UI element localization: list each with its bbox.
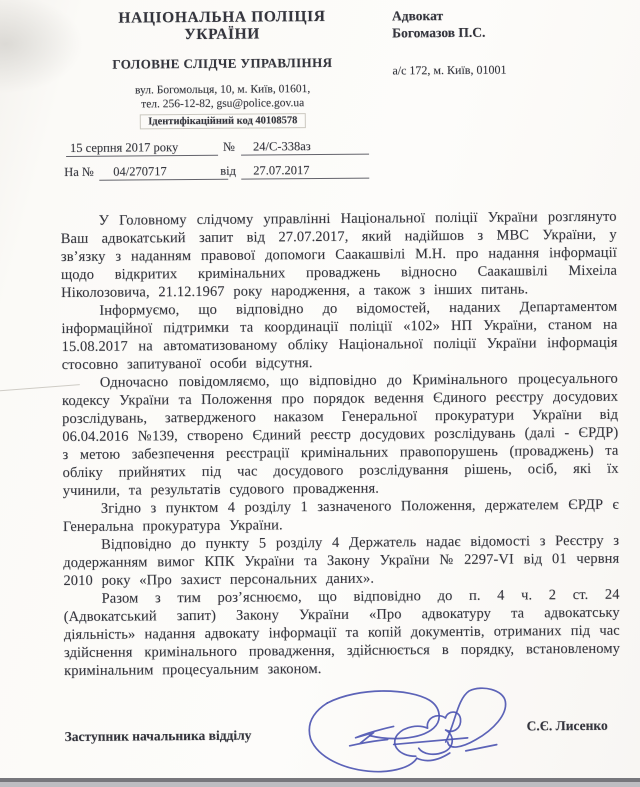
letter-date: 15 серпня 2017 року [66, 140, 218, 157]
letter-body: У Головному слідчому управлінні Націонал… [61, 208, 621, 680]
paragraph-6: Разом з тим роз’яснюємо, що відповідно д… [63, 586, 620, 680]
paragraph-1: У Головному слідчому управлінні Націонал… [61, 208, 618, 302]
signer-position: Заступник начальника відділу [65, 728, 252, 745]
org-contact: тел. 256-12-82, gsu@police.gov.ua [68, 96, 378, 112]
org-name-line2: УКРАЇНИ [67, 25, 377, 44]
org-id-code-box: Ідентифікаційний код 40108578 [140, 113, 305, 129]
number-label: № [223, 140, 235, 155]
recipient-block: Адвокат Богомазов П.С. а/с 172, м. Київ,… [392, 6, 618, 79]
reply-date-label: від [220, 164, 236, 179]
paragraph-5: Відповідно до пункту 5 розділу 4 Держате… [63, 532, 619, 590]
reference-block: 15 серпня 2017 року № 24/С-338аз На № 04… [60, 139, 370, 193]
handwritten-signature [297, 681, 533, 778]
org-department: ГОЛОВНЕ СЛІДЧЕ УПРАВЛІННЯ [67, 55, 377, 73]
recipient-address: а/с 172, м. Київ, 01001 [392, 62, 617, 79]
paragraph-4: Згідно з пунктом 4 розділу 1 зазначеного… [63, 496, 619, 536]
reply-to-label: На № [64, 165, 94, 180]
signer-name: С.Є. Лисенко [527, 718, 608, 735]
reply-to-number: 04/270717 [99, 164, 228, 181]
paragraph-3: Одночасно повідомляємо, що відповідно до… [62, 370, 619, 500]
recipient-name: Богомазов П.С. [392, 23, 617, 42]
paragraph-2: Інформуємо, що відповідно до відомостей,… [61, 298, 618, 374]
letter-number: 24/С-338аз [241, 139, 369, 156]
letterhead: НАЦІОНАЛЬНА ПОЛІЦІЯ УКРАЇНИ ГОЛОВНЕ СЛІД… [67, 8, 378, 130]
scan-edge-light-band [0, 782, 640, 787]
scanned-letter-page: НАЦІОНАЛЬНА ПОЛІЦІЯ УКРАЇНИ ГОЛОВНЕ СЛІД… [0, 0, 640, 787]
scan-content: НАЦІОНАЛЬНА ПОЛІЦІЯ УКРАЇНИ ГОЛОВНЕ СЛІД… [0, 0, 640, 787]
reply-to-date: 27.07.2017 [241, 163, 369, 180]
recipient-title: Адвокат [392, 6, 617, 25]
